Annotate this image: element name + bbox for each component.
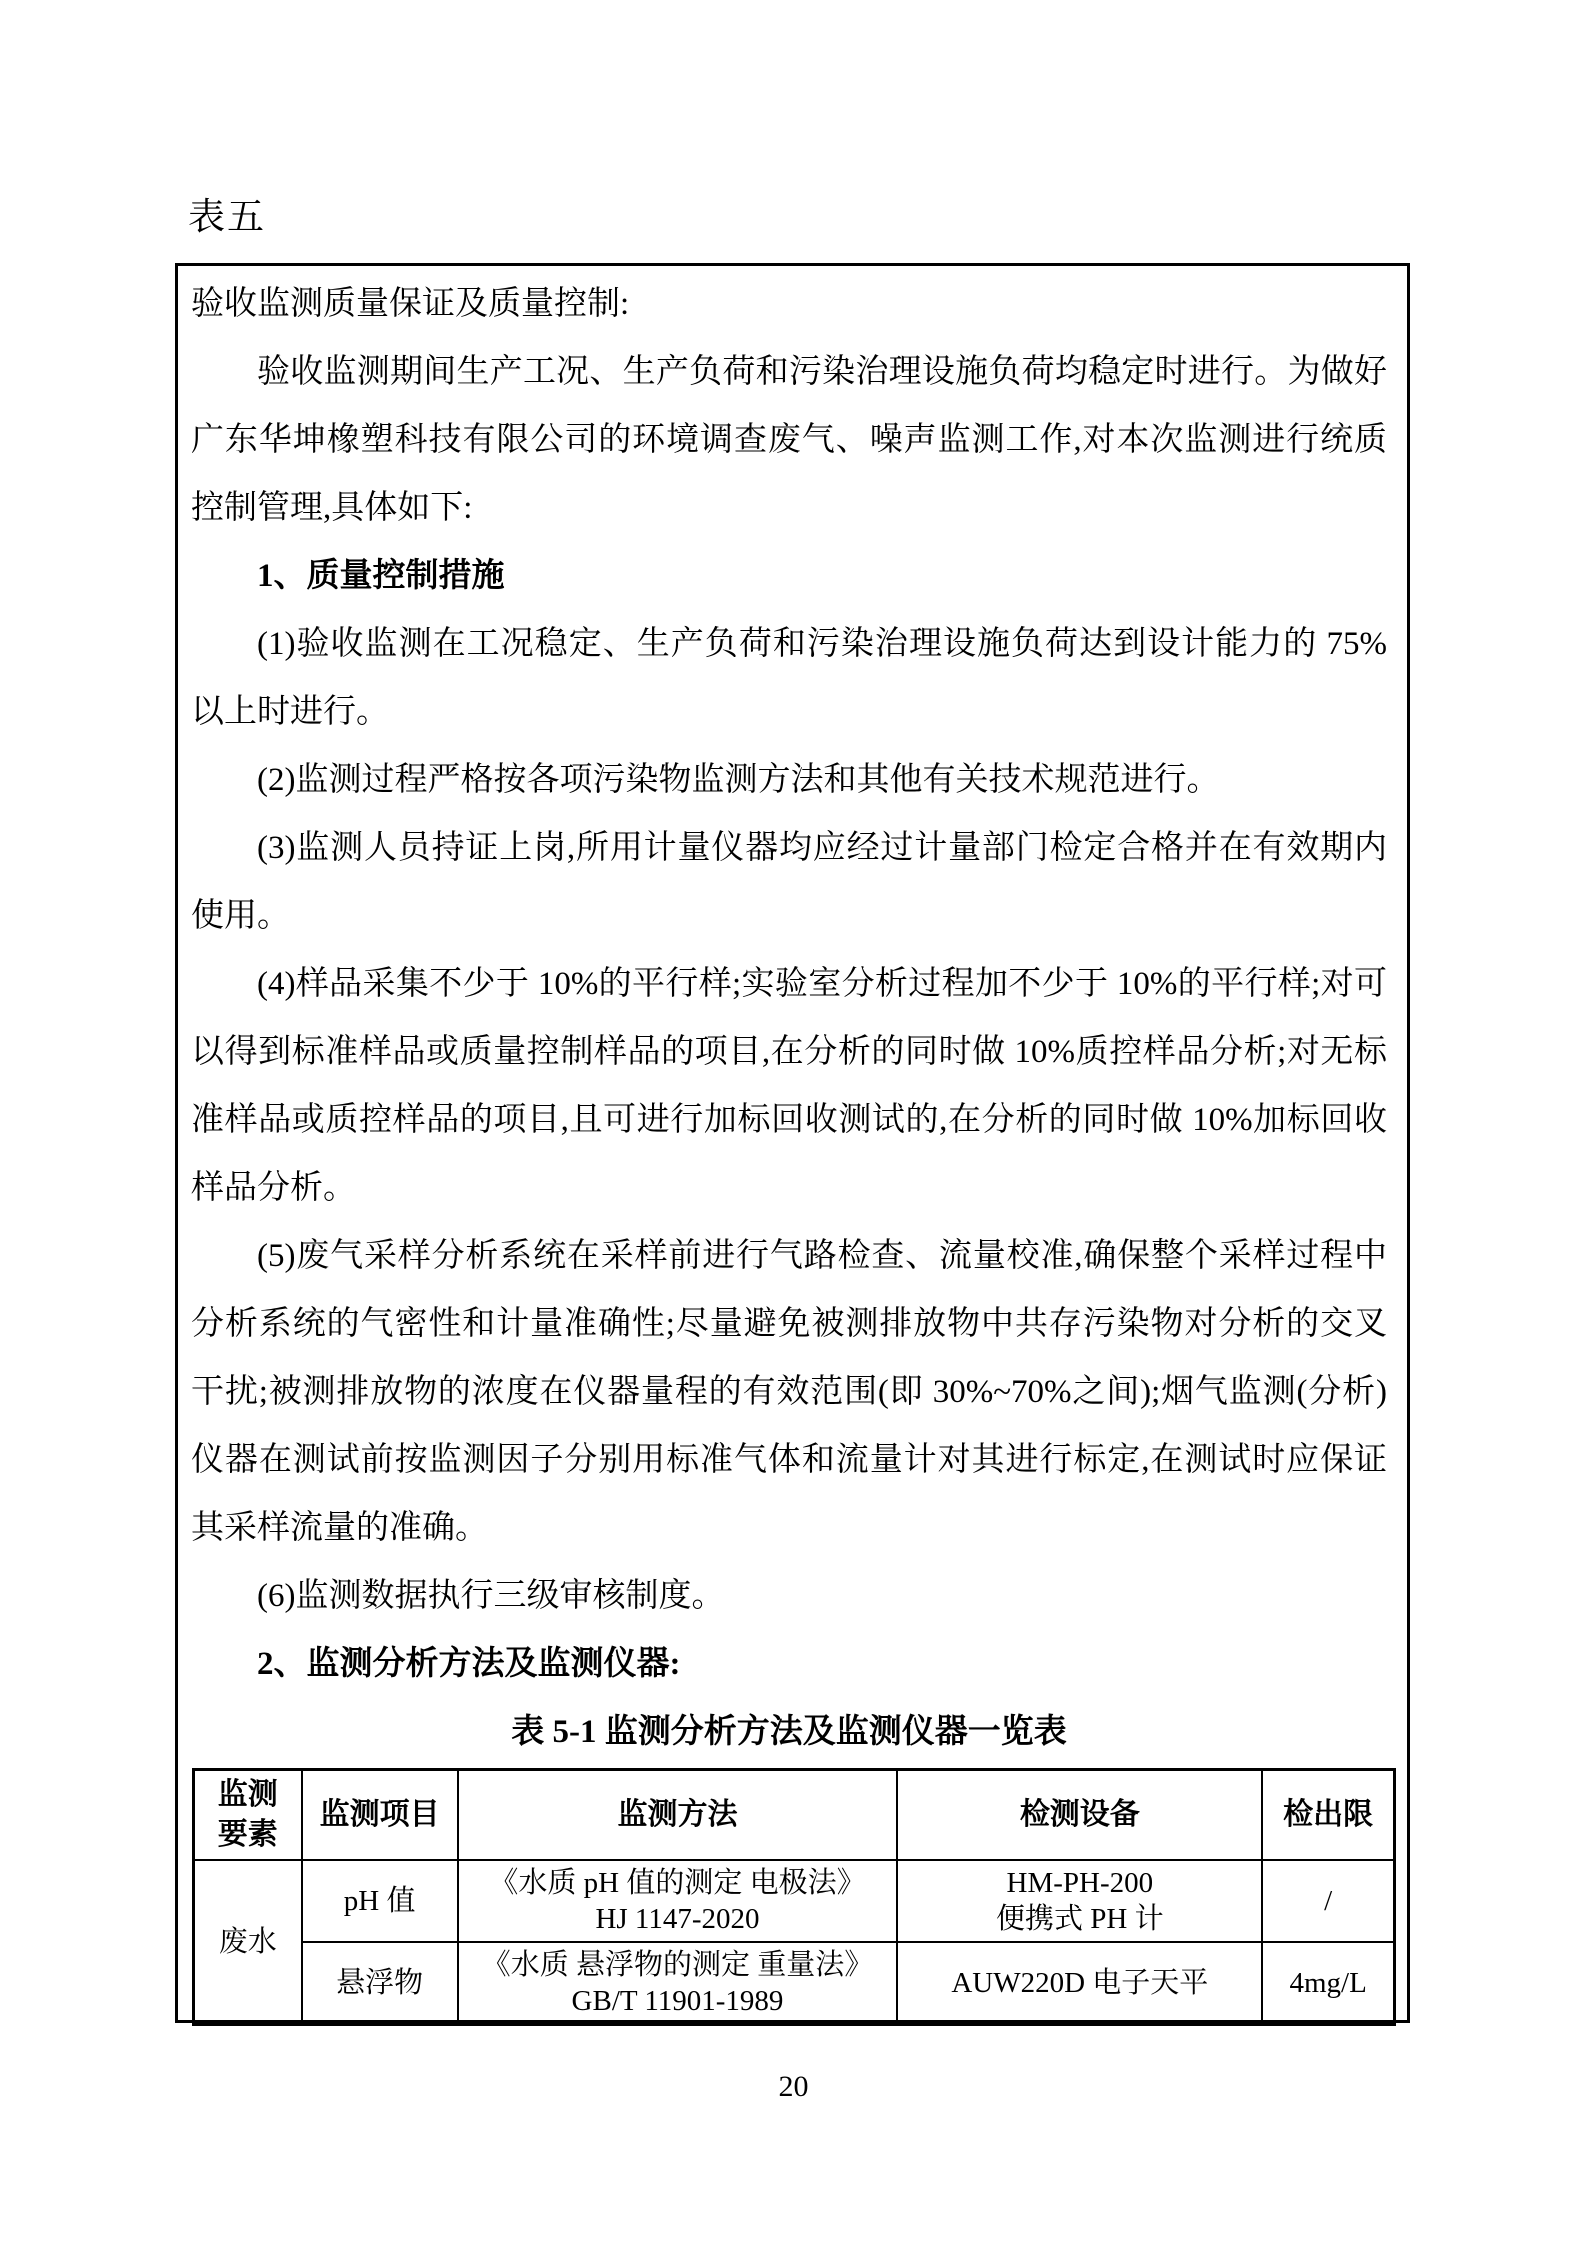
item-3: (3)监测人员持证上岗,所用计量仪器均应经过计量部门检定合格并在有效期内使用。 bbox=[191, 814, 1387, 950]
intro-paragraph: 验收监测期间生产工况、生产负荷和污染治理设施负荷均稳定时进行。为做好广东华坤橡塑… bbox=[191, 338, 1387, 542]
item-5: (5)废气采样分析系统在采样前进行气路检查、流量校准,确保整个采样过程中分析系统… bbox=[191, 1222, 1387, 1562]
section-title: 验收监测质量保证及质量控制: bbox=[191, 270, 1387, 338]
content-box: 验收监测质量保证及质量控制: 验收监测期间生产工况、生产负荷和污染治理设施负荷均… bbox=[175, 263, 1410, 2023]
item-1: (1)验收监测在工况稳定、生产负荷和污染治理设施负荷达到设计能力的 75%以上时… bbox=[191, 610, 1387, 746]
cell-element-wastewater: 废水 bbox=[194, 1860, 302, 2025]
header-monitoring-item: 监测项目 bbox=[302, 1770, 458, 1861]
item-6: (6)监测数据执行三级审核制度。 bbox=[191, 1562, 1387, 1630]
cell-method: 《水质 悬浮物的测定 重量法》 GB/T 11901-1989 bbox=[458, 1942, 898, 2025]
header-detection-device: 检测设备 bbox=[897, 1770, 1262, 1861]
cell-method: 《水质 pH 值的测定 电极法》 HJ 1147-2020 bbox=[458, 1860, 898, 1942]
monitoring-methods-table: 监测 要素 监测项目 监测方法 检测设备 检出限 废水 pH 值 《水质 pH … bbox=[192, 1768, 1396, 2026]
cell-item: pH 值 bbox=[302, 1860, 458, 1942]
header-monitoring-element: 监测 要素 bbox=[194, 1770, 302, 1861]
document-page: 表五 验收监测质量保证及质量控制: 验收监测期间生产工况、生产负荷和污染治理设施… bbox=[0, 0, 1587, 2245]
table-row: 悬浮物 《水质 悬浮物的测定 重量法》 GB/T 11901-1989 AUW2… bbox=[194, 1942, 1395, 2025]
cell-item: 悬浮物 bbox=[302, 1942, 458, 2025]
item-2: (2)监测过程严格按各项污染物监测方法和其他有关技术规范进行。 bbox=[191, 746, 1387, 814]
table-caption: 表 5-1 监测分析方法及监测仪器一览表 bbox=[191, 1698, 1387, 1766]
page-label: 表五 bbox=[188, 196, 266, 240]
header-monitoring-method: 监测方法 bbox=[458, 1770, 898, 1861]
cell-limit: / bbox=[1262, 1860, 1394, 1942]
header-detection-limit: 检出限 bbox=[1262, 1770, 1394, 1861]
page-number: 20 bbox=[0, 2070, 1587, 2104]
item-4: (4)样品采集不少于 10%的平行样;实验室分析过程加不少于 10%的平行样;对… bbox=[191, 950, 1387, 1222]
cell-device: HM-PH-200 便携式 PH 计 bbox=[897, 1860, 1262, 1942]
cell-device: AUW220D 电子天平 bbox=[897, 1942, 1262, 2025]
cell-limit: 4mg/L bbox=[1262, 1942, 1394, 2025]
heading-methods: 2、监测分析方法及监测仪器: bbox=[191, 1630, 1387, 1698]
table-header-row: 监测 要素 监测项目 监测方法 检测设备 检出限 bbox=[194, 1770, 1395, 1861]
table-row: 废水 pH 值 《水质 pH 值的测定 电极法》 HJ 1147-2020 HM… bbox=[194, 1860, 1395, 1942]
heading-quality-control: 1、质量控制措施 bbox=[191, 542, 1387, 610]
